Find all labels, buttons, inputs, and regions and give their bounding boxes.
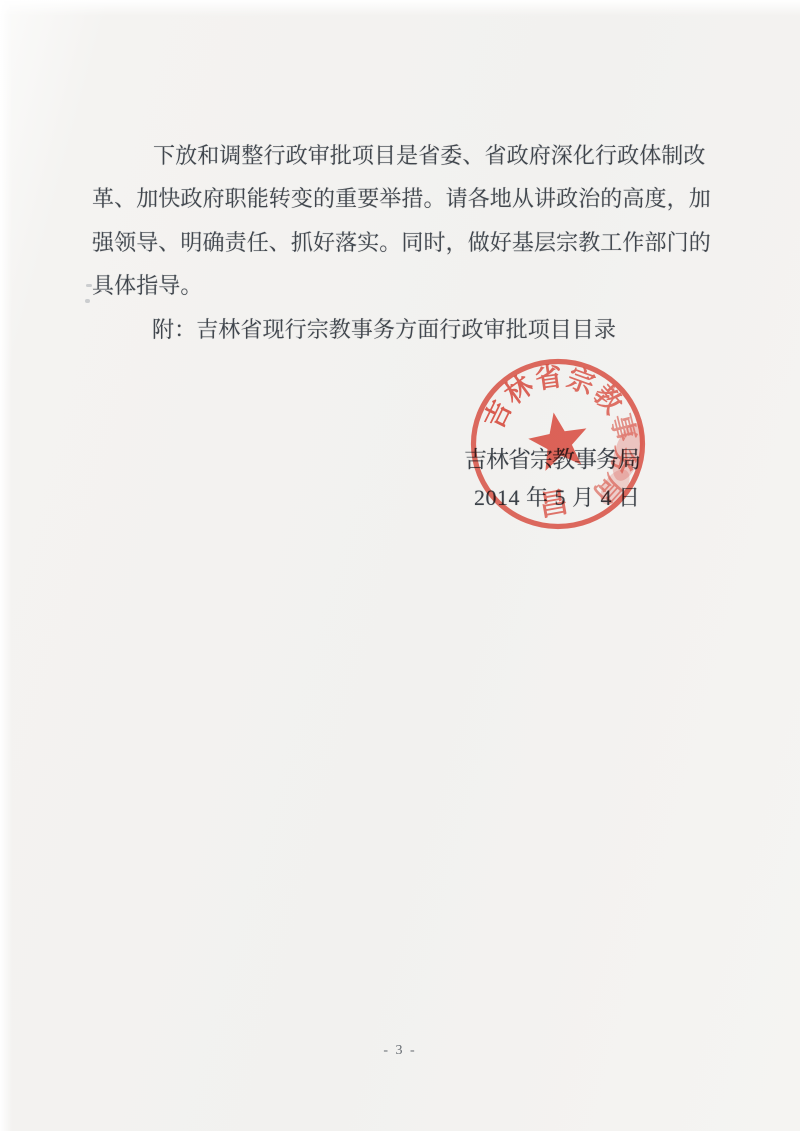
- official-seal: 吉 林 省 宗 教 事 务 局 昌: [452, 340, 667, 545]
- seal-arc-char-3: 省: [533, 361, 564, 394]
- paragraph-line-1: 下放和调整行政审批项目是省委、省政府深化行政体制改: [92, 134, 732, 177]
- seal-bottom-glyph: 昌: [536, 485, 570, 523]
- star-icon: [528, 413, 586, 471]
- scan-speck: [86, 284, 92, 287]
- scan-speck: [85, 299, 90, 303]
- paragraph-line-4: 具体指导。: [92, 264, 732, 307]
- page-number: - 3 -: [0, 1043, 800, 1059]
- scanned-document-page: 下放和调整行政审批项目是省委、省政府深化行政体制改 革、加快政府职能转变的重要举…: [0, 0, 800, 1131]
- document-body: 下放和调整行政审批项目是省委、省政府深化行政体制改 革、加快政府职能转变的重要举…: [92, 134, 732, 351]
- paragraph-line-3: 强领导、明确责任、抓好落实。同时，做好基层宗教工作部门的: [92, 221, 732, 264]
- paragraph-line-2: 革、加快政府职能转变的重要举措。请各地从讲政治的高度，加: [92, 177, 732, 220]
